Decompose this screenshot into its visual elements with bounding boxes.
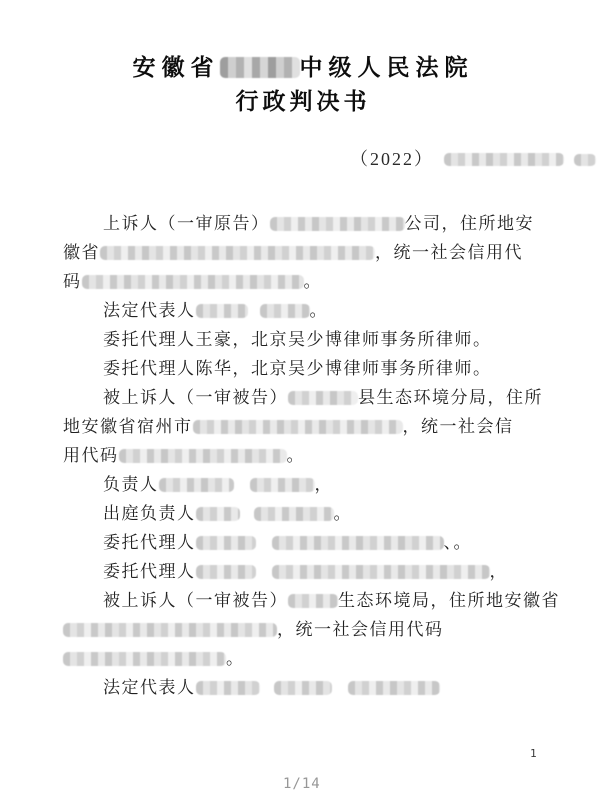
document-line: 徽省，统一社会信用代 [63, 238, 583, 267]
redaction-blur [193, 420, 403, 434]
body-text: 地安徽省宿州市 [63, 417, 193, 436]
document-line: 用代码。 [63, 441, 583, 470]
redaction-blur [196, 304, 248, 318]
body-text: 法定代表人 [103, 678, 196, 697]
document-line: 法定代表人 [63, 673, 583, 702]
document-line: 委托代理人陈华，北京吴少博律师事务所律师。 [63, 354, 583, 383]
redaction-blur [272, 536, 444, 550]
body-text: 。 [310, 301, 329, 320]
court-title-line: 安徽省中级人民法院 [0, 52, 606, 84]
body-text: 徽省 [63, 243, 100, 262]
redaction-blur [274, 681, 332, 695]
spacer [564, 164, 574, 165]
redaction-blur [260, 304, 310, 318]
body-text: 委托代理人 [103, 533, 196, 552]
body-text: 上诉人（一审原告） [103, 214, 270, 233]
body-text: 出庭负责人 [103, 504, 196, 523]
body-text: 中级人民法院 [300, 55, 474, 81]
redaction-blur [272, 565, 490, 579]
body-text: 公司，住所地安 [405, 214, 535, 233]
case-number: （2022） [350, 148, 596, 170]
redaction-blur [270, 217, 405, 231]
document-line: 负责人， [63, 470, 583, 499]
spacer [260, 692, 274, 693]
body-text: ，统一社会信用代 [375, 243, 523, 262]
document-line: 被上诉人（一审被告）生态环境局，住所地安徽省 [63, 586, 583, 615]
spacer [240, 518, 254, 519]
redaction-blur [250, 478, 315, 492]
body-text: 。 [304, 272, 323, 291]
redaction-blur [288, 391, 358, 405]
spacer [434, 164, 444, 165]
body-text: ，统一社会信用代码 [277, 620, 444, 639]
redaction-blur [196, 536, 256, 550]
body-text: 用代码 [63, 446, 119, 465]
redaction-blur [100, 246, 375, 260]
redaction-blur [220, 57, 300, 78]
spacer [332, 692, 348, 693]
document-type-title: 行政判决书 [0, 86, 606, 118]
spacer [256, 547, 272, 548]
body-text: （2022） [350, 149, 434, 169]
document-page: 安徽省中级人民法院 行政判决书 （2022） 上诉人（一审原告）公司，住所地安徽… [0, 0, 606, 796]
body-text: 被上诉人（一审被告） [103, 388, 288, 407]
body-text: 、。 [444, 533, 473, 552]
body-text: 码 [63, 272, 82, 291]
body-text: 。 [287, 446, 306, 465]
spacer [248, 315, 260, 316]
body-text: 被上诉人（一审被告） [103, 591, 288, 610]
redaction-blur [159, 478, 234, 492]
body-text: 委托代理人陈华，北京吴少博律师事务所律师。 [103, 359, 492, 378]
redaction-blur [119, 449, 287, 463]
document-line: 上诉人（一审原告）公司，住所地安 [63, 209, 583, 238]
redaction-blur [82, 275, 304, 289]
redaction-blur [63, 652, 226, 666]
redaction-blur [196, 681, 260, 695]
redaction-blur [348, 681, 440, 695]
body-text: 。 [334, 504, 353, 523]
redaction-blur [444, 153, 564, 166]
body-text: 负责人 [103, 475, 159, 494]
body-text: 委托代理人 [103, 562, 196, 581]
body-text: 生态环境局，住所地安徽省 [338, 591, 560, 610]
redaction-blur [196, 565, 256, 579]
spacer [234, 489, 250, 490]
document-line: 委托代理人王豪，北京吴少博律师事务所律师。 [63, 325, 583, 354]
document-line: 被上诉人（一审被告）县生态环境分局，住所 [63, 383, 583, 412]
redaction-blur [574, 154, 596, 166]
redaction-blur [196, 507, 240, 521]
document-body: 上诉人（一审原告）公司，住所地安徽省，统一社会信用代码。法定代表人。委托代理人王… [63, 209, 583, 702]
document-line: 。 [63, 644, 583, 673]
document-line: 码。 [63, 267, 583, 296]
spacer [256, 576, 272, 577]
document-line: 委托代理人、。 [63, 528, 583, 557]
body-text: 。 [226, 649, 245, 668]
document-line: 委托代理人， [63, 557, 583, 586]
redaction-blur [254, 507, 334, 521]
body-text: 委托代理人王豪，北京吴少博律师事务所律师。 [103, 330, 492, 349]
redaction-blur [63, 623, 277, 637]
redaction-blur [288, 594, 338, 608]
body-text: 县生态环境分局，住所 [358, 388, 543, 407]
body-text: ，统一社会信 [403, 417, 514, 436]
body-text: ， [315, 475, 334, 494]
document-line: 出庭负责人。 [63, 499, 583, 528]
body-text: ， [490, 562, 509, 581]
body-text: 行政判决书 [236, 89, 371, 115]
document-line: ，统一社会信用代码 [63, 615, 583, 644]
body-text: 安徽省 [133, 55, 220, 81]
printed-page-number: 1 [530, 747, 537, 761]
document-line: 法定代表人。 [63, 296, 583, 325]
body-text: 法定代表人 [103, 301, 196, 320]
document-line: 地安徽省宿州市，统一社会信 [63, 412, 583, 441]
viewer-page-indicator: 1/14 [283, 776, 321, 792]
